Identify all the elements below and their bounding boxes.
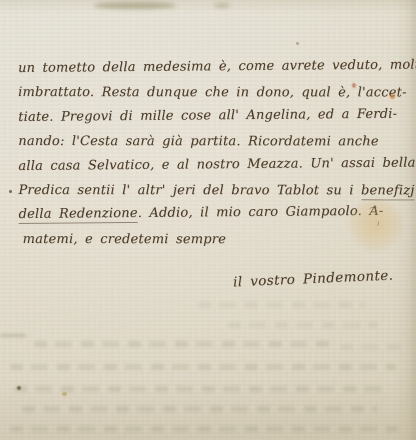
yellow-speck: [62, 392, 67, 396]
bleedthrough-row: [10, 426, 398, 432]
signature: il vostro Pindemonte.: [233, 268, 394, 291]
letter-line-1: un tometto della medesima è, come avrete…: [18, 54, 410, 82]
bleedthrough-row: [198, 302, 366, 308]
red-speck: [352, 83, 356, 88]
faint-dot-top: [296, 42, 299, 45]
underlined-word-benefizj: benefizj: [361, 183, 415, 200]
underlined-phrase-redenzione: della Redenzione: [18, 206, 137, 224]
bleedthrough-row: [10, 364, 396, 370]
bleedthrough-row: [340, 344, 410, 350]
letter-line-3: tiate. Pregovi di mille cose all' Angeli…: [18, 102, 410, 130]
bleedthrough-row: [14, 386, 386, 392]
ink-speck-1: ⌒: [367, 205, 376, 217]
letter-line-6-text: Predica sentii l' altr' jeri del bravo T…: [18, 183, 361, 198]
ink-dot: [9, 190, 12, 193]
bleedthrough-row: [0, 334, 26, 337]
letter-line-5: alla casa Selvatico, e al nostro Meazza.…: [18, 151, 410, 179]
bleedthrough-row: [34, 341, 334, 347]
letter-page: un tometto della medesima è, come avrete…: [0, 0, 416, 440]
bleedthrough-row: [228, 322, 378, 328]
foxing-stain: [348, 200, 404, 252]
bleedthrough-smudge-top-2: [214, 3, 230, 8]
bleedthrough-row: [22, 406, 378, 412]
bleedthrough-smudge-top: [94, 2, 176, 9]
orange-speck-1: [390, 94, 395, 99]
letter-line-7-text: . Addio, il mio caro Giampaolo. A-: [138, 204, 384, 221]
